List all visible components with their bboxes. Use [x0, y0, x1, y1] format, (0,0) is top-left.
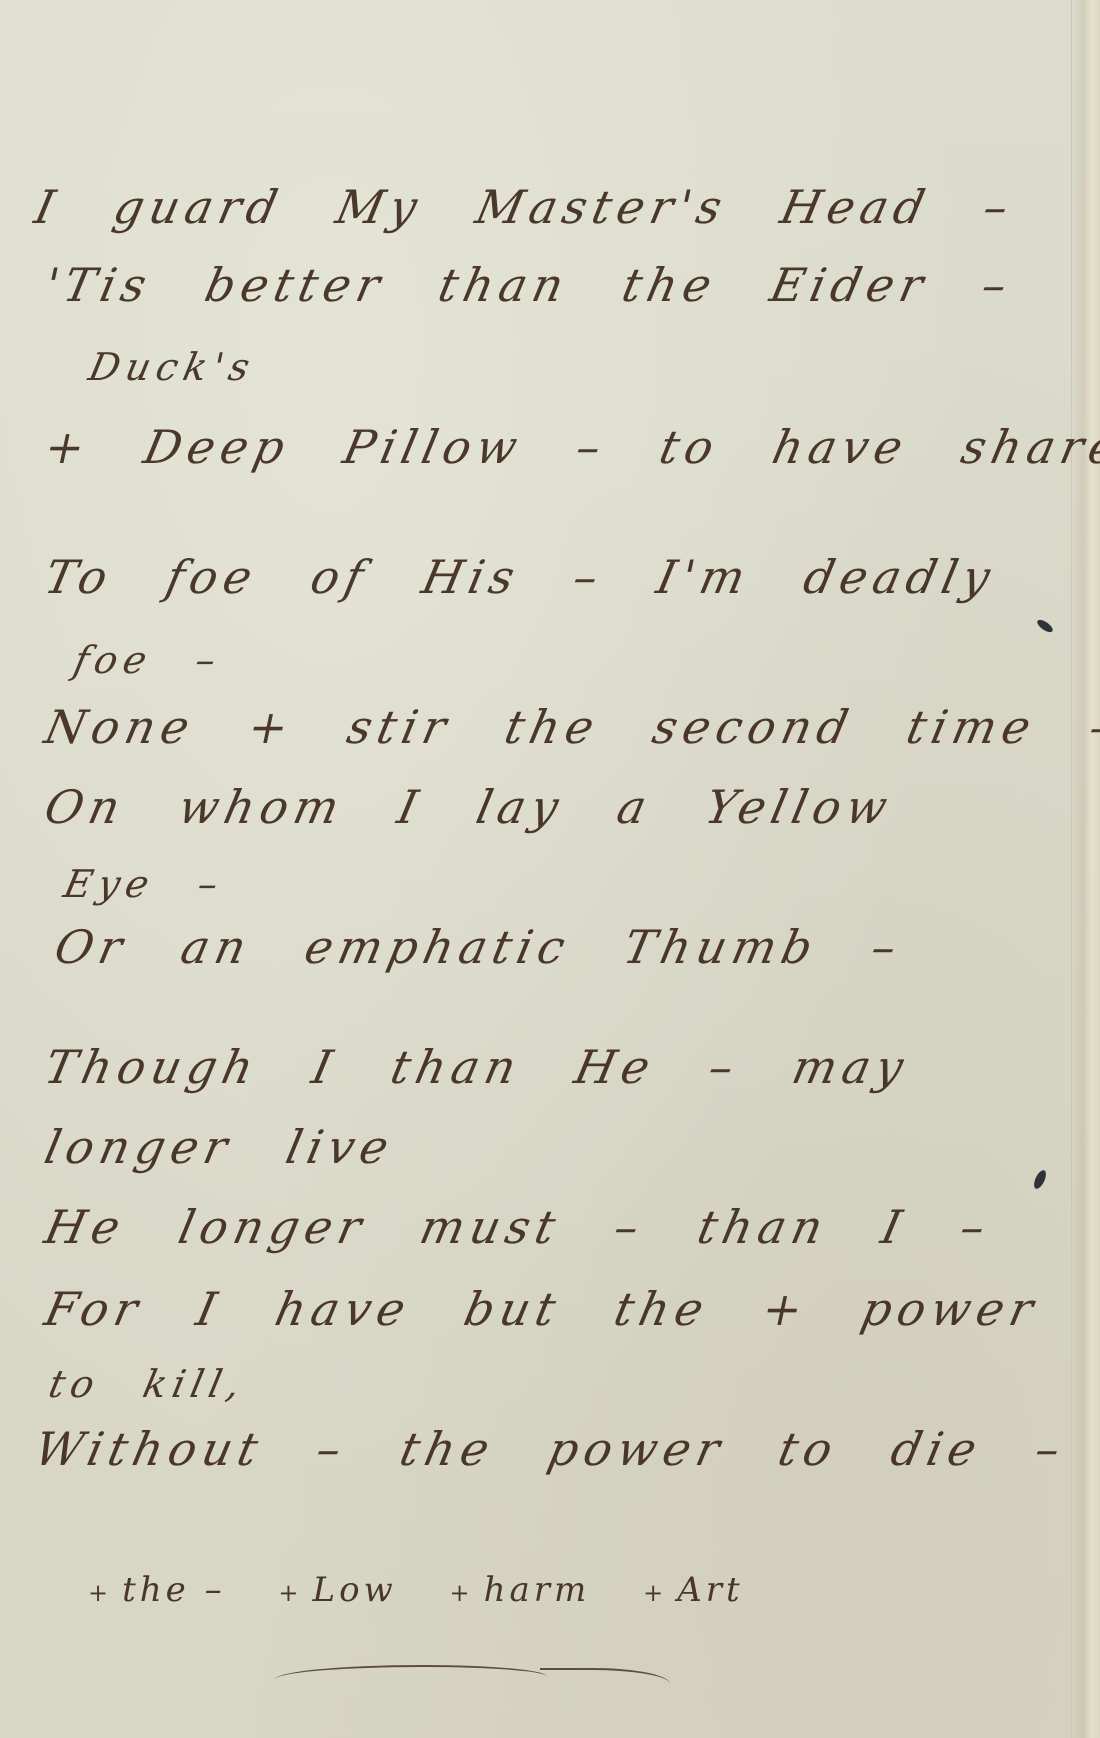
manuscript-line: Duck's [85, 345, 260, 389]
variant-item: +harm [450, 1570, 591, 1610]
manuscript-line: foe – [70, 638, 226, 682]
manuscript-line: None + stir the second time – [40, 700, 1100, 754]
variant-item: +Low [278, 1570, 396, 1610]
variant-item: +Art [643, 1570, 744, 1610]
variant-text: Art [677, 1570, 743, 1610]
manuscript-line: Though I than He – may [40, 1040, 914, 1094]
variant-text: the – [122, 1570, 226, 1610]
manuscript-line: Eye – [60, 862, 228, 906]
closing-rule-line [540, 1668, 670, 1684]
variant-words: +the – +Low +harm +Art [88, 1570, 782, 1610]
variant-text: harm [484, 1570, 591, 1610]
variant-text: Low [313, 1570, 397, 1610]
cross-mark: + [450, 1579, 474, 1607]
manuscript-line: + Deep Pillow – to have shared – [40, 420, 1100, 474]
cross-mark: + [88, 1579, 112, 1607]
paper-damage-mark [1032, 1169, 1049, 1191]
closing-rule-line [275, 1665, 547, 1681]
paper-damage-mark [1035, 618, 1054, 635]
manuscript-line: Without – the power to die – [30, 1422, 1071, 1476]
manuscript-line: longer live [40, 1120, 399, 1174]
cross-mark: + [643, 1579, 667, 1607]
manuscript-page: I guard My Master's Head – 'Tis better t… [0, 0, 1100, 1738]
manuscript-line: On whom I lay a Yellow [40, 780, 898, 834]
manuscript-line: He longer must – than I – [40, 1200, 996, 1254]
manuscript-line: I guard My Master's Head – [30, 180, 1019, 234]
cross-mark: + [278, 1579, 302, 1607]
manuscript-line: to kill, [45, 1362, 250, 1406]
page-edge [1071, 0, 1100, 1738]
variant-item: +the – [88, 1570, 226, 1610]
manuscript-line: Or an emphatic Thumb – [50, 920, 907, 974]
manuscript-line: To foe of His – I'm deadly [40, 550, 1001, 604]
manuscript-line: For I have but the + power [40, 1282, 1044, 1336]
manuscript-line: 'Tis better than the Eider – [40, 258, 1018, 312]
